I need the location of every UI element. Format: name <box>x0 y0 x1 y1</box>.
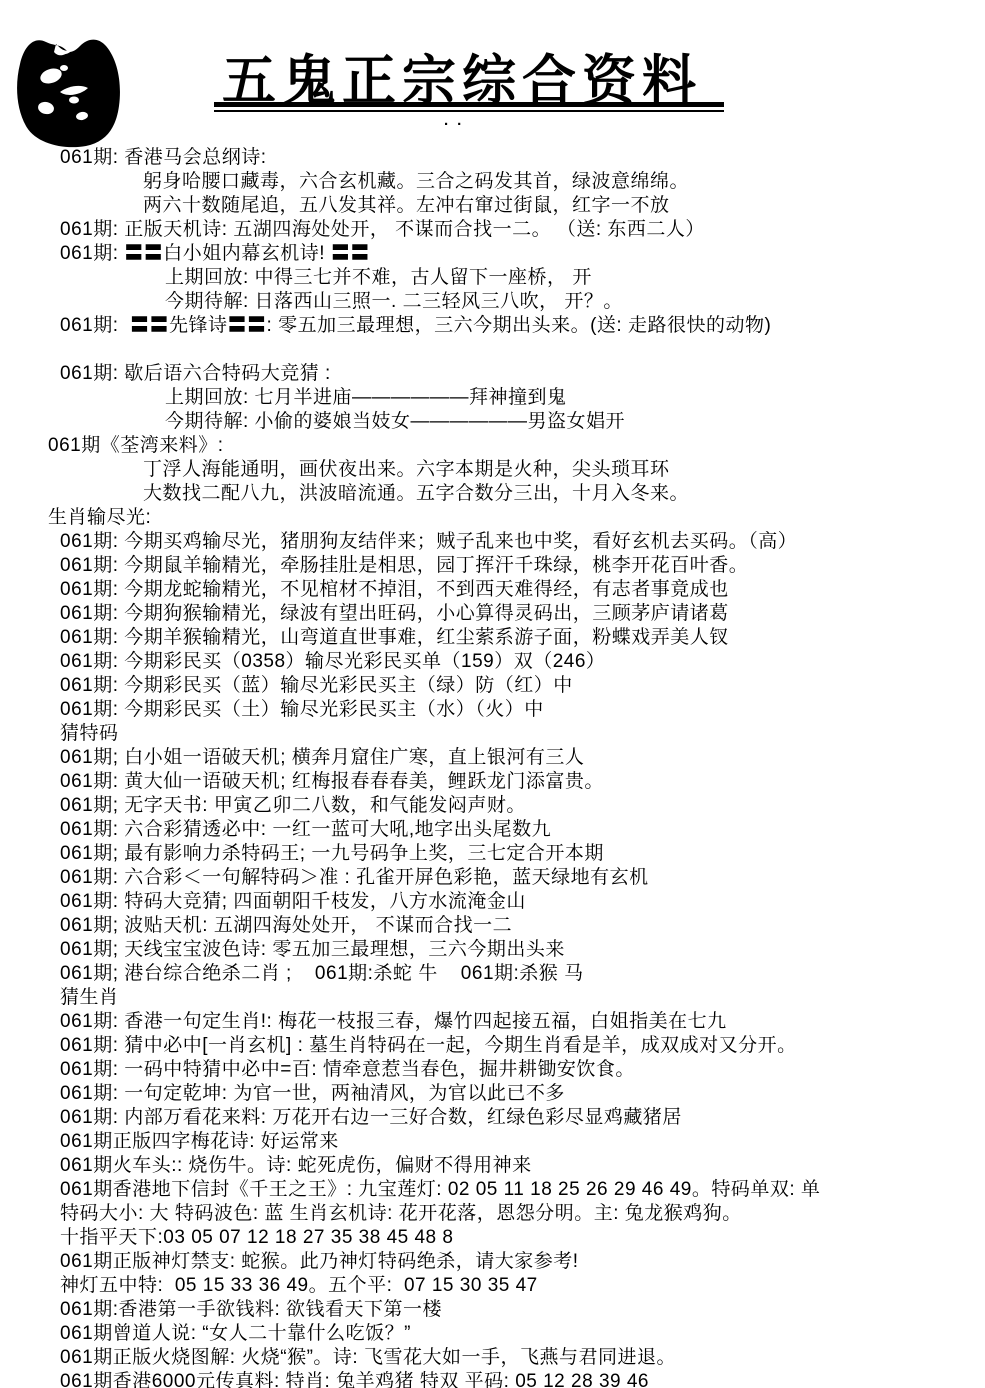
text-line: 061期: 正版天机诗: 五湖四海处处开， 不谋而合找一二。 （送: 东西二人） <box>0 218 985 242</box>
text-line: 061期正版四字梅花诗: 好运常来 <box>0 1130 985 1154</box>
text-line: 061期:香港第一手欲钱料: 欲钱看天下第一楼 <box>0 1298 985 1322</box>
text-line: 061期: 今期龙蛇输精光，不见棺材不掉泪，不到西天难得经，有志者事竟成也 <box>0 578 985 602</box>
text-line: 061期: 六合彩猜透必中: 一红一蓝可大吼,地字出头尾数九 <box>0 818 985 842</box>
text-line: 061期《荃湾来料》: <box>0 434 985 458</box>
text-line: 061期: 香港马会总纲诗: <box>0 146 985 170</box>
text-line: 061期: 今期狗猴输精光，绿波有望出旺码，小心算得灵码出，三顾茅庐请诸葛 <box>0 602 985 626</box>
title-dots: .. <box>444 112 470 129</box>
text-line: 今期待解: 日落西山三照一. 二三轻风三八吹， 开？。 <box>0 290 985 314</box>
text-line: 两六十数随尾追，五八发其祥。左冲右窜过街鼠，红字一不放 <box>0 194 985 218</box>
text-line: 061期: 香港一句定生肖!: 梅花一枝报三春，爆竹四起接五福，白姐指美在七九 <box>0 1010 985 1034</box>
text-line: 061期; 无字天书: 甲寅乙卯二八数，和气能发闷声财。 <box>0 794 985 818</box>
text-line: 061期: 今期彩民买（土）输尽光彩民买主（水）（火）中 <box>0 698 985 722</box>
text-line: 061期: 六合彩＜一句解特码＞准 : 孔雀开屏色彩艳，蓝天绿地有玄机 <box>0 866 985 890</box>
title-underline-thick <box>214 102 724 107</box>
text-line: 猜生肖 <box>0 986 985 1010</box>
content-lines: 061期: 香港马会总纲诗:躬身哈腰口藏毒，六合玄机藏。三合之码发其首，绿波意绵… <box>0 146 985 1388</box>
text-line: 061期: 今期羊猴输精光，山弯道直世事难，红尘萦系游子面，粉蝶戏弄美人钗 <box>0 626 985 650</box>
text-line: 猜特码 <box>0 722 985 746</box>
text-line: 特码大小: 大 特码波色: 蓝 生肖玄机诗: 花开花落，恩怨分明。主: 兔龙猴鸡… <box>0 1202 985 1226</box>
text-line: 061期; 最有影响力杀特码王; 一九号码争上奖，三七定合开本期 <box>0 842 985 866</box>
text-line: 大数找二配八九，洪波暗流通。五字合数分三出，十月入冬来。 <box>0 482 985 506</box>
text-line: 061期: 〓〓白小姐内幕玄机诗! 〓〓 <box>0 242 985 266</box>
text-line: 061期: 今期买鸡输尽光，猪朋狗友结伴来；贼子乱来也中奖，看好玄机去买码。（高… <box>0 530 985 554</box>
text-line: 丁浮人海能通明，画伏夜出来。六字本期是火种，尖头琐耳环 <box>0 458 985 482</box>
text-line: 061期: 一码中特猜中必中=百: 情牵意惹当春色，掘井耕锄安饮食。 <box>0 1058 985 1082</box>
text-line: 061期: 猜中必中[一肖玄机] : 墓生肖特码在一起，今期生肖看是羊，成双成对… <box>0 1034 985 1058</box>
text-line: 061期: 黄大仙一语破天机; 红梅报春春春美，鲤跃龙门添富贵。 <box>0 770 985 794</box>
text-line: 上期回放: 七月半进庙——————拜神撞到鬼 <box>0 386 985 410</box>
blank-line <box>0 338 985 362</box>
text-line: 上期回放: 中得三七并不难，古人留下一座桥， 开 <box>0 266 985 290</box>
text-line: 061期香港6000元传真料: 特肖: 兔羊鸡猪 特双 平码: 05 12 28… <box>0 1370 985 1388</box>
text-line: 061期火车头:: 烧伤牛。诗: 蛇死虎伤，偏财不得用神来 <box>0 1154 985 1178</box>
text-line: 061期: 今期彩民买（蓝）输尽光彩民买主（绿）防（红）中 <box>0 674 985 698</box>
text-line: 061期: 一句定乾坤: 为官一世，两袖清风，为官以此已不多 <box>0 1082 985 1106</box>
text-line: 061期: 今期鼠羊输精光，牵肠挂肚是相思，园丁挥汗千珠绿，桃李开花百叶香。 <box>0 554 985 578</box>
text-line: 061期香港地下信封《千王之王》: 九宝莲灯: 02 05 11 18 25 2… <box>0 1178 985 1202</box>
text-line: 061期; 波贴天机: 五湖四海处处开， 不谋而合找一二 <box>0 914 985 938</box>
text-line: 神灯五中特: 05 15 33 36 49。五个平: 07 15 30 35 4… <box>0 1274 985 1298</box>
ink-blot-logo <box>12 34 142 152</box>
text-line: 061期: 特码大竞猜; 四面朝阳千枝发，八方水流淹金山 <box>0 890 985 914</box>
text-line: 今期待解: 小偷的婆娘当妓女——————男盗女娼开 <box>0 410 985 434</box>
text-line: 061期: 内部万看花来料: 万花开右边一三好合数，红绿色彩尽显鸡藏猪居 <box>0 1106 985 1130</box>
text-line: 061期: 〓〓先锋诗〓〓: 零五加三最理想，三六今期出头来。(送: 走路很快的… <box>0 314 985 338</box>
text-line: 061期: 今期彩民买（0358）输尽光彩民买单（159）双（246） <box>0 650 985 674</box>
text-line: 061期; 白小姐一语破天机; 横奔月窟住广寒，直上银河有三人 <box>0 746 985 770</box>
text-line: 061期: 歇后语六合特码大竞猜 : <box>0 362 985 386</box>
text-line: 061期; 港台综合绝杀二肖 ; 061期:杀蛇 牛 061期:杀猴 马 <box>0 962 985 986</box>
text-line: 躬身哈腰口藏毒，六合玄机藏。三合之码发其首，绿波意绵绵。 <box>0 170 985 194</box>
text-line: 061期正版神灯禁支: 蛇猴。此乃神灯特码绝杀，请大家参考! <box>0 1250 985 1274</box>
text-line: 061期正版火烧图解: 火烧“猴”。诗: 飞雪花大如一手，飞燕与君同进退。 <box>0 1346 985 1370</box>
text-line: 061期曾道人说: “女人二十靠什么吃饭？” <box>0 1322 985 1346</box>
text-line: 生肖输尽光: <box>0 506 985 530</box>
document-page: 五鬼正宗综合资料 .. 061期: 香港马会总纲诗:躬身哈腰口藏毒，六合玄机藏。… <box>0 0 985 1388</box>
text-line: 十指平天下:03 05 07 12 18 27 35 38 45 48 8 <box>0 1226 985 1250</box>
text-line: 061期; 天线宝宝波色诗: 零五加三最理想，三六今期出头来 <box>0 938 985 962</box>
